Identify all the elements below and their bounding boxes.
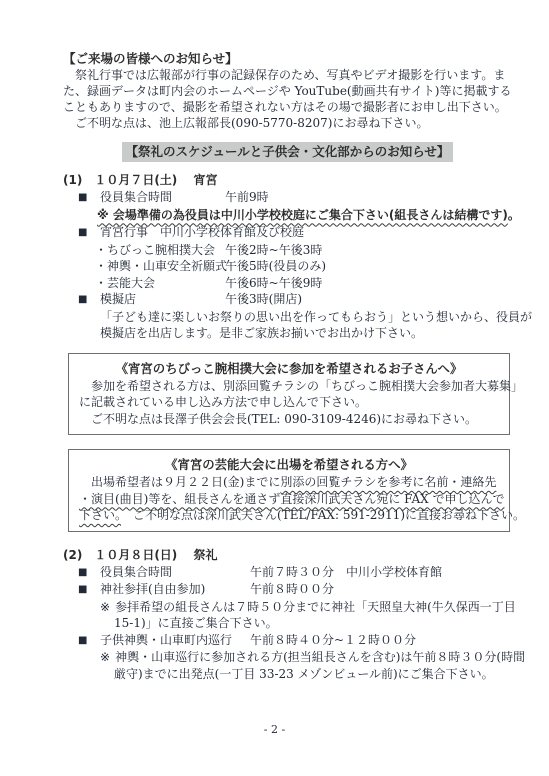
square-bullet-icon: ■: [78, 291, 100, 309]
talent-line-wavy: ・演目(曲目)等を、組長さんを通さず直接深川武夫さん宛に FAX で申し込んで: [79, 492, 505, 506]
booth-paragraph-line: 模擬店を出店します。是非ご家族お揃いでお出かけ下さい。: [63, 325, 512, 342]
subevent-value: 午後6時~午後9時: [225, 276, 322, 290]
section1-subevent: ・芸能大会午後6時~午後9時: [63, 275, 512, 292]
section1-row-event: ■宵宮行事 中川小学校体育館及び校庭: [63, 224, 512, 242]
square-bullet-icon: ■: [78, 224, 100, 242]
booth-paragraph-line: 「子ども達に楽しいお祭りの思い出を作ってもらおう」という想いから、役員が: [63, 309, 512, 326]
square-bullet-icon: ■: [78, 189, 100, 207]
section1-subevent: ・神輿・山車安全祈願式午後5時(役員のみ): [63, 258, 512, 275]
page-number: - 2 -: [0, 723, 549, 736]
reference-mark-icon: ※: [100, 600, 110, 614]
section1-row-booth: ■模擬店午後3時(開店): [63, 291, 512, 309]
row-label: 神社参拝(自由参加): [100, 581, 250, 599]
talent-notice-box: 《宵宮の芸能大会に出場を希望される方へ》 出場希望者は９月２２日(金)までに別添…: [68, 449, 510, 532]
talent-box-title: 《宵宮の芸能大会に出場を希望される方へ》: [79, 456, 499, 474]
talent-line-plain: 出場希望者は９月２２日(金)までに: [79, 475, 280, 489]
section2-row-parade: ■子供神輿・山車町内巡行午前８時４０分~１２時００分: [63, 632, 512, 650]
square-bullet-icon: ■: [78, 564, 100, 582]
sumo-box-line: 参加を希望される方は、別添回覧チラシの「ちびっこ腕相撲大会参加者大募集」: [79, 378, 499, 395]
section1-row-meeting: ■役員集合時間午前9時: [63, 189, 512, 207]
talent-line-wavy: 下さい。: [79, 508, 121, 522]
subevent-label: ・神輿・山車安全祈願式: [95, 258, 225, 275]
notice-line: ご不明な点は、池上広報部長(090-5770-8207)にお尋ね下さい。: [63, 115, 512, 131]
row-label: 模擬店: [100, 291, 225, 309]
reference-mark-icon: ※: [100, 650, 110, 664]
talent-box-line: 出場希望者は９月２２日(金)までに別添の回覧チラシを参考に名前・連絡先: [79, 474, 499, 491]
parade-note-continuation: 厳守)までに出発点(一丁目 33-23 メゾンビュール前)にご集合下さい。: [63, 666, 512, 683]
row-label: 役員集合時間: [100, 564, 250, 582]
row-label: 子供神輿・山車町内巡行: [100, 632, 250, 650]
shrine-note-line: 参拝希望の組長さんは７時５０分までに神社「天照皇大神(牛久保西一丁目: [115, 600, 516, 614]
section1-subevent: ・ちびっこ腕相撲大会午後2時~午後3時: [63, 242, 512, 259]
subevent-value: 午後2時~午後3時: [225, 243, 322, 257]
shrine-note-continuation: 15-1)」に直接ご集合下さい。: [63, 615, 512, 632]
schedule-header-title: 【祭礼のスケジュールと子供会・文化部からのお知らせ】: [122, 142, 454, 162]
subevent-label: ・芸能大会: [95, 275, 225, 292]
talent-box-line: ・演目(曲目)等を、組長さんを通さず直接深川武夫さん宛に FAX で申し込んで: [79, 491, 499, 508]
bold-note-suffix: 。: [508, 208, 520, 222]
sumo-box-line: ご不明な点は長澤子供会会長(TEL: 090-3109-4246)にお尋ね下さい…: [79, 411, 499, 428]
parade-note-line: 神輿・山車巡行に参加される方(担当組長さんを含む)は午前８時３０分(時間: [115, 650, 525, 664]
row-value: 午前８時４０分~１２時００分: [250, 633, 416, 647]
notice-line: 祭礼行事では広報部が行事の記録保存のため、写真やビデオ撮影を行います。ま: [63, 67, 512, 83]
sumo-box-line: に記載されている申し込み方法で申し込んで下さい。: [79, 394, 499, 411]
sumo-box-title: 《宵宮のちびっこ腕相撲大会に参加を希望されるお子さんへ》: [79, 360, 499, 378]
page-content: 【ご来場の皆様へのお知らせ】 祭礼行事では広報部が行事の記録保存のため、写真やビ…: [63, 50, 512, 682]
talent-line-wavy: 別添の回覧チラシを参考に名前・連絡先: [280, 475, 496, 489]
section2-row-shrine: ■神社参拝(自由参加)午前８時００分: [63, 581, 512, 599]
document-page: 【ご来場の皆様へのお知らせ】 祭礼行事では広報部が行事の記録保存のため、写真やビ…: [0, 0, 549, 776]
shrine-note: ※参拝希望の組長さんは７時５０分までに神社「天照皇大神(牛久保西一丁目: [63, 599, 512, 616]
talent-box-line: 下さい。 ご不明な点は深川武夫さん(TEL/FAX: 591-2911)に直接お…: [79, 507, 499, 524]
notice-paragraph: 祭礼行事では広報部が行事の記録保存のため、写真やビデオ撮影を行います。ま た、録…: [63, 67, 512, 131]
square-bullet-icon: ■: [78, 632, 100, 650]
notice-line: こともありますので、撮影を希望されない方はその場で撮影者にお申し出下さい。: [63, 99, 512, 115]
row-value: 午前８時００分: [250, 582, 334, 596]
subevent-value: 午後5時(役員のみ): [225, 259, 326, 273]
row-label: 役員集合時間: [100, 189, 225, 207]
subevent-label: ・ちびっこ腕相撲大会: [95, 242, 225, 259]
notice-line: た、録画データは町内会のホームページや YouTube(動画共有サイト)等に掲載…: [63, 83, 512, 99]
square-bullet-icon: ■: [78, 581, 100, 599]
sumo-notice-box: 《宵宮のちびっこ腕相撲大会に参加を希望されるお子さんへ》 参加を希望される方は、…: [68, 353, 510, 436]
section1-bold-note: ※ 会場準備の為役員は中川小学校校庭にご集合下さい(組長さんは結構です)。: [63, 207, 512, 225]
row-value: 午後3時(開店): [225, 292, 302, 306]
section2-heading: (2) １０月８日(日) 祭礼: [63, 546, 512, 564]
notice-title: 【ご来場の皆様へのお知らせ】: [63, 50, 512, 67]
section1-heading: (1) １０月７日(土) 宵宮: [63, 171, 512, 189]
row-value: 午前７時３０分 中川小学校体育館: [250, 565, 442, 579]
row-value: 午前9時: [225, 190, 269, 204]
schedule-header-wrap: 【祭礼のスケジュールと子供会・文化部からのお知らせ】: [63, 142, 512, 162]
parade-note: ※神輿・山車巡行に参加される方(担当組長さんを含む)は午前８時３０分(時間: [63, 649, 512, 666]
talent-line-plain: ご不明な点は深川武夫さん(TEL/FAX: 591-2911)に直接お尋ね下さい…: [121, 508, 525, 522]
bold-note-wavy-text: ※ 会場準備の為役員は中川小学校校庭にご集合下さい(組長さんは結構です): [97, 208, 508, 222]
section2-row-meeting: ■役員集合時間午前７時３０分 中川小学校体育館: [63, 564, 512, 582]
row-label: 宵宮行事 中川小学校体育館及び校庭: [100, 225, 304, 239]
